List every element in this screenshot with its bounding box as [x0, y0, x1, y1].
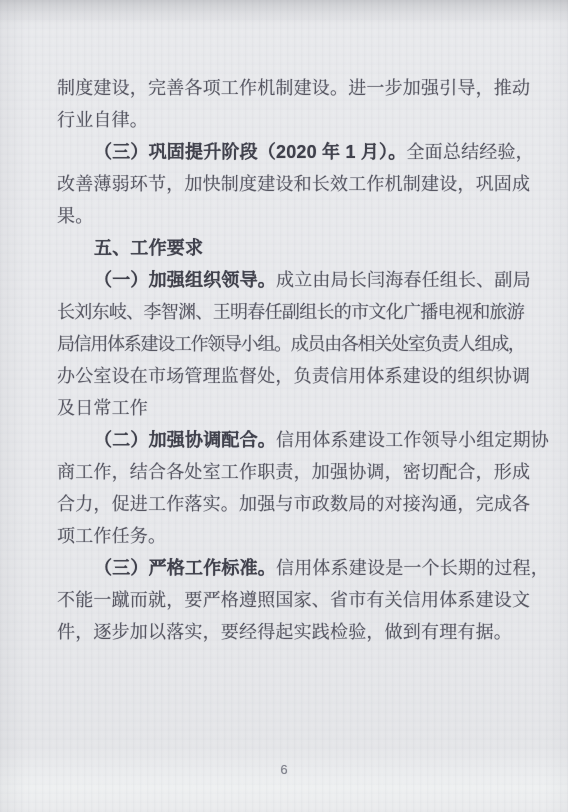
- text-line: （二）加强协调配合。信用体系建设工作领导小组定期协: [57, 424, 519, 456]
- line-text: 合力，促进工作落实。加强与市政数局的对接沟通，完成各: [57, 494, 530, 514]
- document-body: 制度建设，完善各项工作机制建设。进一步加强引导，推动 行业自律。 （三）巩固提升…: [57, 72, 519, 648]
- line-bold-text: （二）加强协调配合。: [94, 430, 276, 450]
- line-text: 成立由局长闫海春任组长、副局: [276, 270, 531, 290]
- line-text: 改善薄弱环节，加快制度建设和长效工作机制建设，巩固成: [57, 174, 530, 194]
- text-line: 及日常工作: [57, 392, 519, 424]
- text-line: 商工作，结合各处室工作职责，加强协调，密切配合，形成: [57, 456, 519, 488]
- text-line: 果。: [57, 200, 519, 232]
- page-number: 6: [0, 762, 568, 778]
- section-heading: 五、工作要求: [57, 232, 519, 264]
- line-text: 全面总结经验，: [406, 142, 533, 162]
- line-bold-text: （一）加强组织领导。: [94, 270, 276, 290]
- text-line: （三）严格工作标准。信用体系建设是一个长期的过程，: [57, 552, 519, 584]
- line-text: 信用体系建设是一个长期的过程，: [276, 558, 549, 578]
- text-line: （三）巩固提升阶段（2020 年 1 月）。全面总结经验，: [57, 136, 519, 168]
- text-line: 办公室设在市场管理监督处，负责信用体系建设的组织协调: [57, 360, 519, 392]
- text-line: 长刘东岐、李智渊、王明春任副组长的市文化广播电视和旅游: [57, 296, 519, 328]
- line-text: 及日常工作: [57, 398, 148, 418]
- text-line: （一）加强组织领导。成立由局长闫海春任组长、副局: [57, 264, 519, 296]
- scanned-document-page: 制度建设，完善各项工作机制建设。进一步加强引导，推动 行业自律。 （三）巩固提升…: [0, 0, 568, 812]
- text-line: 合力，促进工作落实。加强与市政数局的对接沟通，完成各: [57, 488, 519, 520]
- line-text: 不能一蹴而就，要严格遵照国家、省市有关信用体系建设文: [57, 590, 530, 610]
- text-line: 项工作任务。: [57, 520, 519, 552]
- text-line: 制度建设，完善各项工作机制建设。进一步加强引导，推动: [57, 72, 519, 104]
- text-line: 行业自律。: [57, 104, 519, 136]
- line-text: 件，逐步加以落实，要经得起实践检验，做到有理有据。: [57, 622, 512, 642]
- line-text: 制度建设，完善各项工作机制建设。进一步加强引导，推动: [57, 78, 530, 98]
- text-line: 局信用体系建设工作领导小组。成员由各相关处室负责人组成，: [57, 328, 519, 360]
- line-text: 长刘东岐、李智渊、王明春任副组长的市文化广播电视和旅游: [57, 302, 524, 322]
- line-text: 办公室设在市场管理监督处，负责信用体系建设的组织协调: [57, 366, 530, 386]
- text-line: 改善薄弱环节，加快制度建设和长效工作机制建设，巩固成: [57, 168, 519, 200]
- line-text: 项工作任务。: [57, 526, 166, 546]
- line-text: 商工作，结合各处室工作职责，加强协调，密切配合，形成: [57, 462, 530, 482]
- line-text: 信用体系建设工作领导小组定期协: [276, 430, 549, 450]
- text-line: 件，逐步加以落实，要经得起实践检验，做到有理有据。: [57, 616, 519, 648]
- text-line: 不能一蹴而就，要严格遵照国家、省市有关信用体系建设文: [57, 584, 519, 616]
- line-text: 行业自律。: [57, 110, 148, 130]
- line-bold-text: （三）巩固提升阶段（2020 年 1 月）。: [94, 142, 406, 162]
- line-bold-text: （三）严格工作标准。: [94, 558, 276, 578]
- line-bold-text: 五、工作要求: [94, 238, 203, 258]
- line-text: 果。: [57, 206, 93, 226]
- line-text: 局信用体系建设工作领导小组。成员由各相关处室负责人组成，: [57, 334, 525, 354]
